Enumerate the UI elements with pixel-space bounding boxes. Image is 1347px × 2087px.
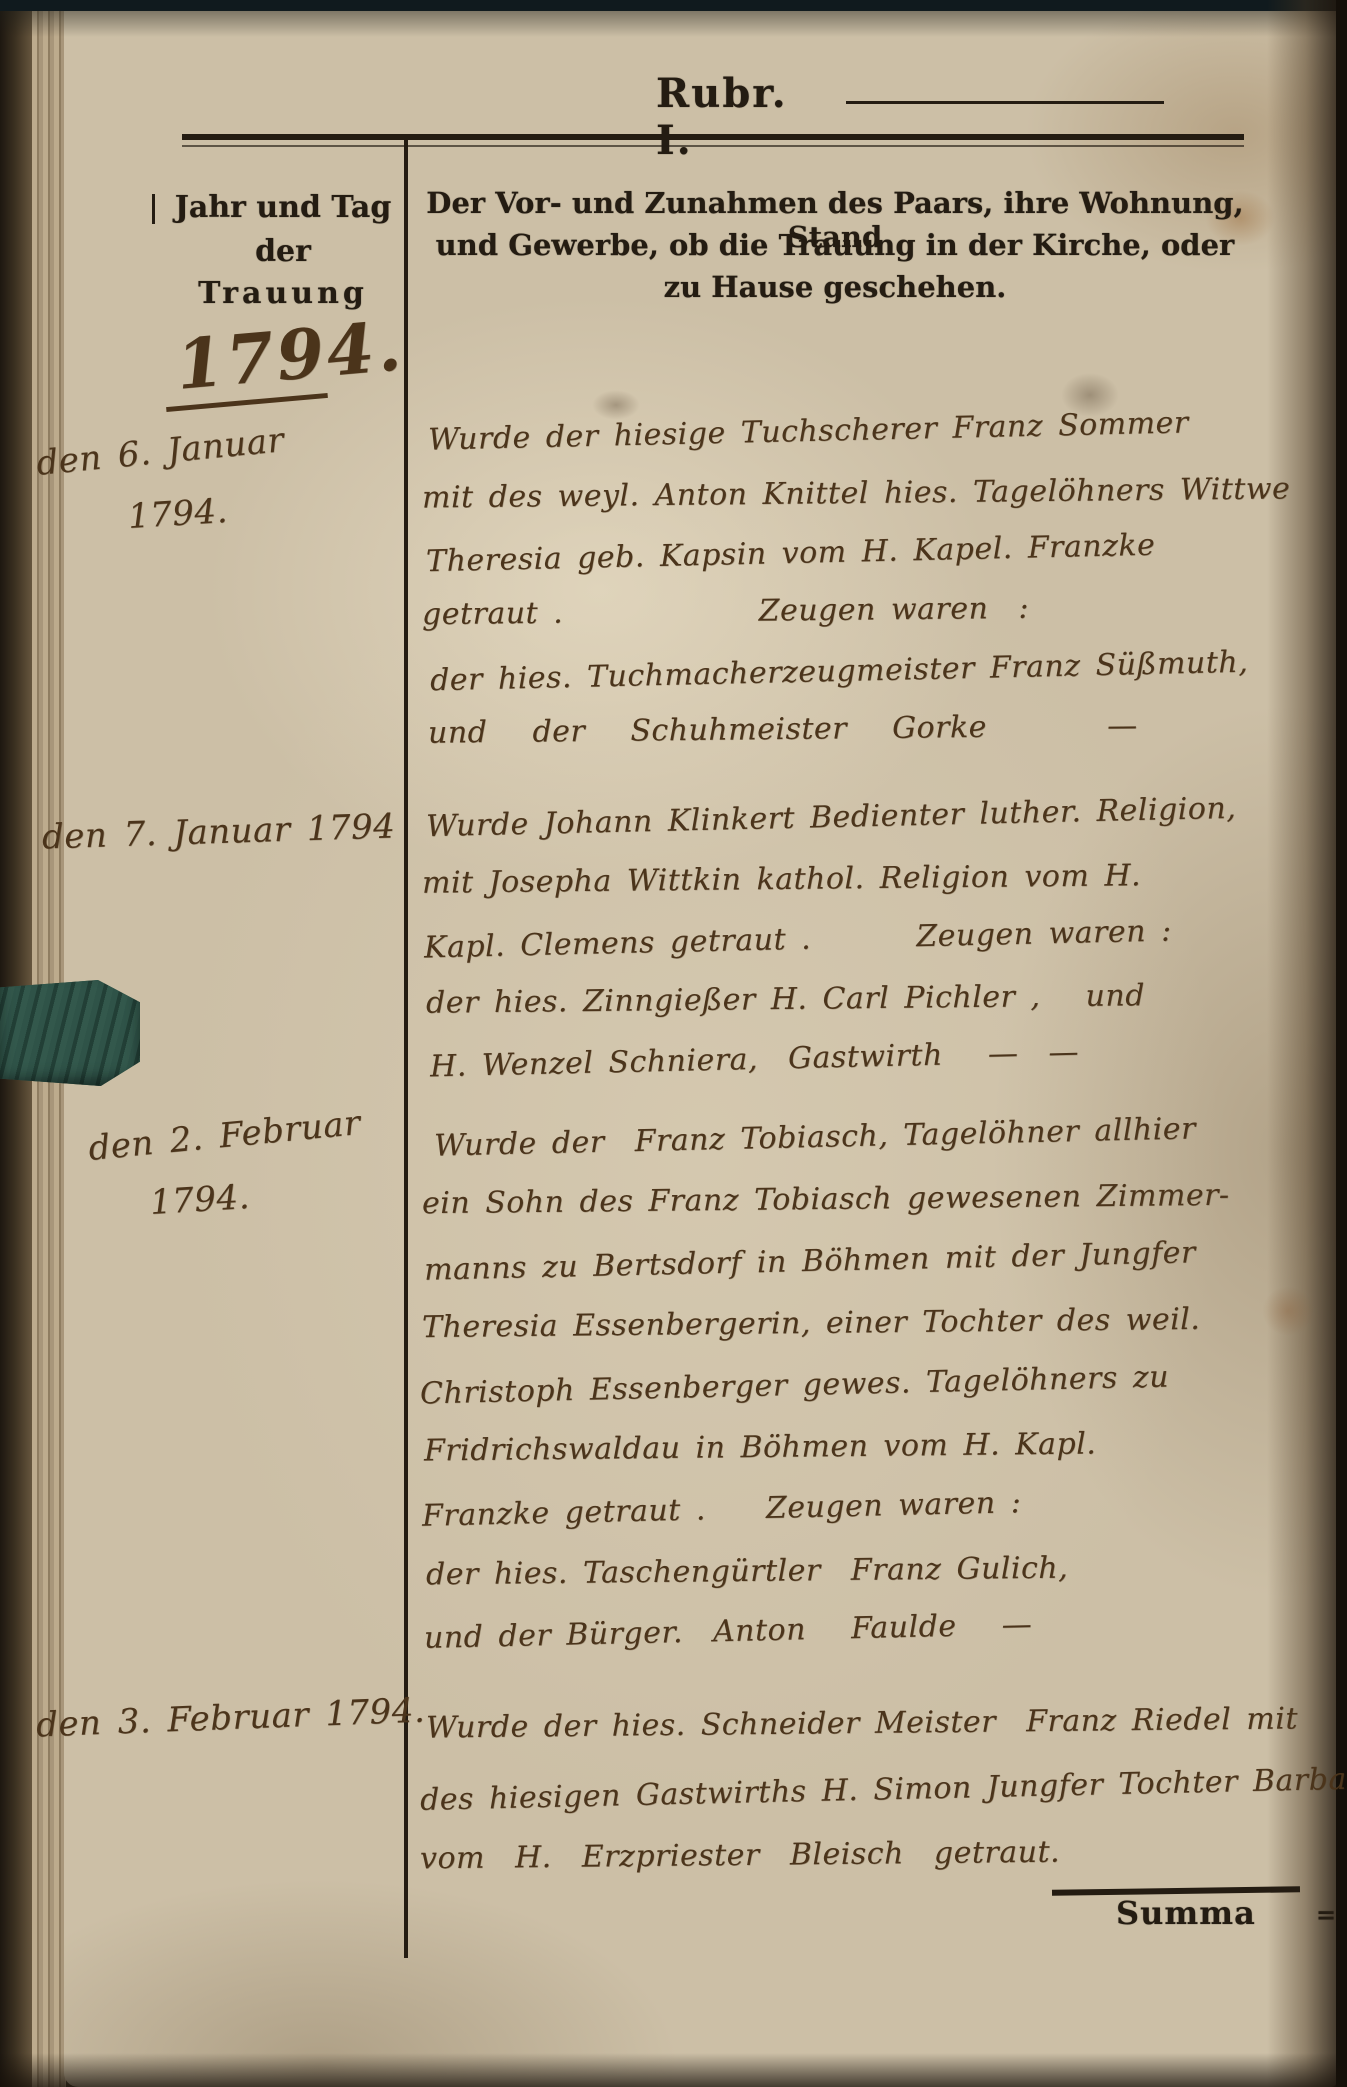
entry4-line3: vom H. Erzpriester Bleisch getraut. (420, 1835, 1060, 1877)
entry1-date-line2: 1794. (127, 491, 229, 537)
top-edge-soft-shadow (0, 11, 1347, 37)
bookmark-tab (0, 980, 140, 1086)
header-right-line3: zu Hause geschehen. (418, 270, 1252, 304)
entry3-line8: der hies. Taschengürtler Franz Gulich, (426, 1551, 1068, 1593)
bottom-edge-shadow (0, 2053, 1347, 2087)
header-rule-thin (182, 145, 1244, 147)
summa-label: Summa (1116, 1894, 1256, 1932)
header-left-line1: Jahr und Tag (160, 190, 406, 225)
entry3-line6: Fridrichswaldau in Böhmen vom H. Kapl. (424, 1426, 1097, 1468)
print-artifact-tick (152, 194, 155, 224)
header-left-line2: der (160, 234, 406, 269)
header-rule-thick (182, 134, 1244, 140)
header-left-line3: Trauung (160, 276, 406, 311)
title-rule (846, 101, 1164, 104)
header-right-line2: und Gewerbe, ob die Trauung in der Kirch… (418, 228, 1252, 262)
register-page-scan: Rubr. I. Jahr und Tag der Trauung 1794. … (0, 0, 1347, 2087)
entry1-line4: getraut . Zeugen waren : (422, 591, 1029, 632)
rubric-title: Rubr. I. (656, 70, 836, 164)
summa-mark: = (1316, 1900, 1336, 1929)
top-edge-shadow (0, 0, 1347, 11)
entry3-date-line2: 1794. (149, 1177, 251, 1223)
entry1-line6: und der Schuhmeister Gorke — (428, 708, 1138, 750)
column-divider (404, 136, 408, 1958)
